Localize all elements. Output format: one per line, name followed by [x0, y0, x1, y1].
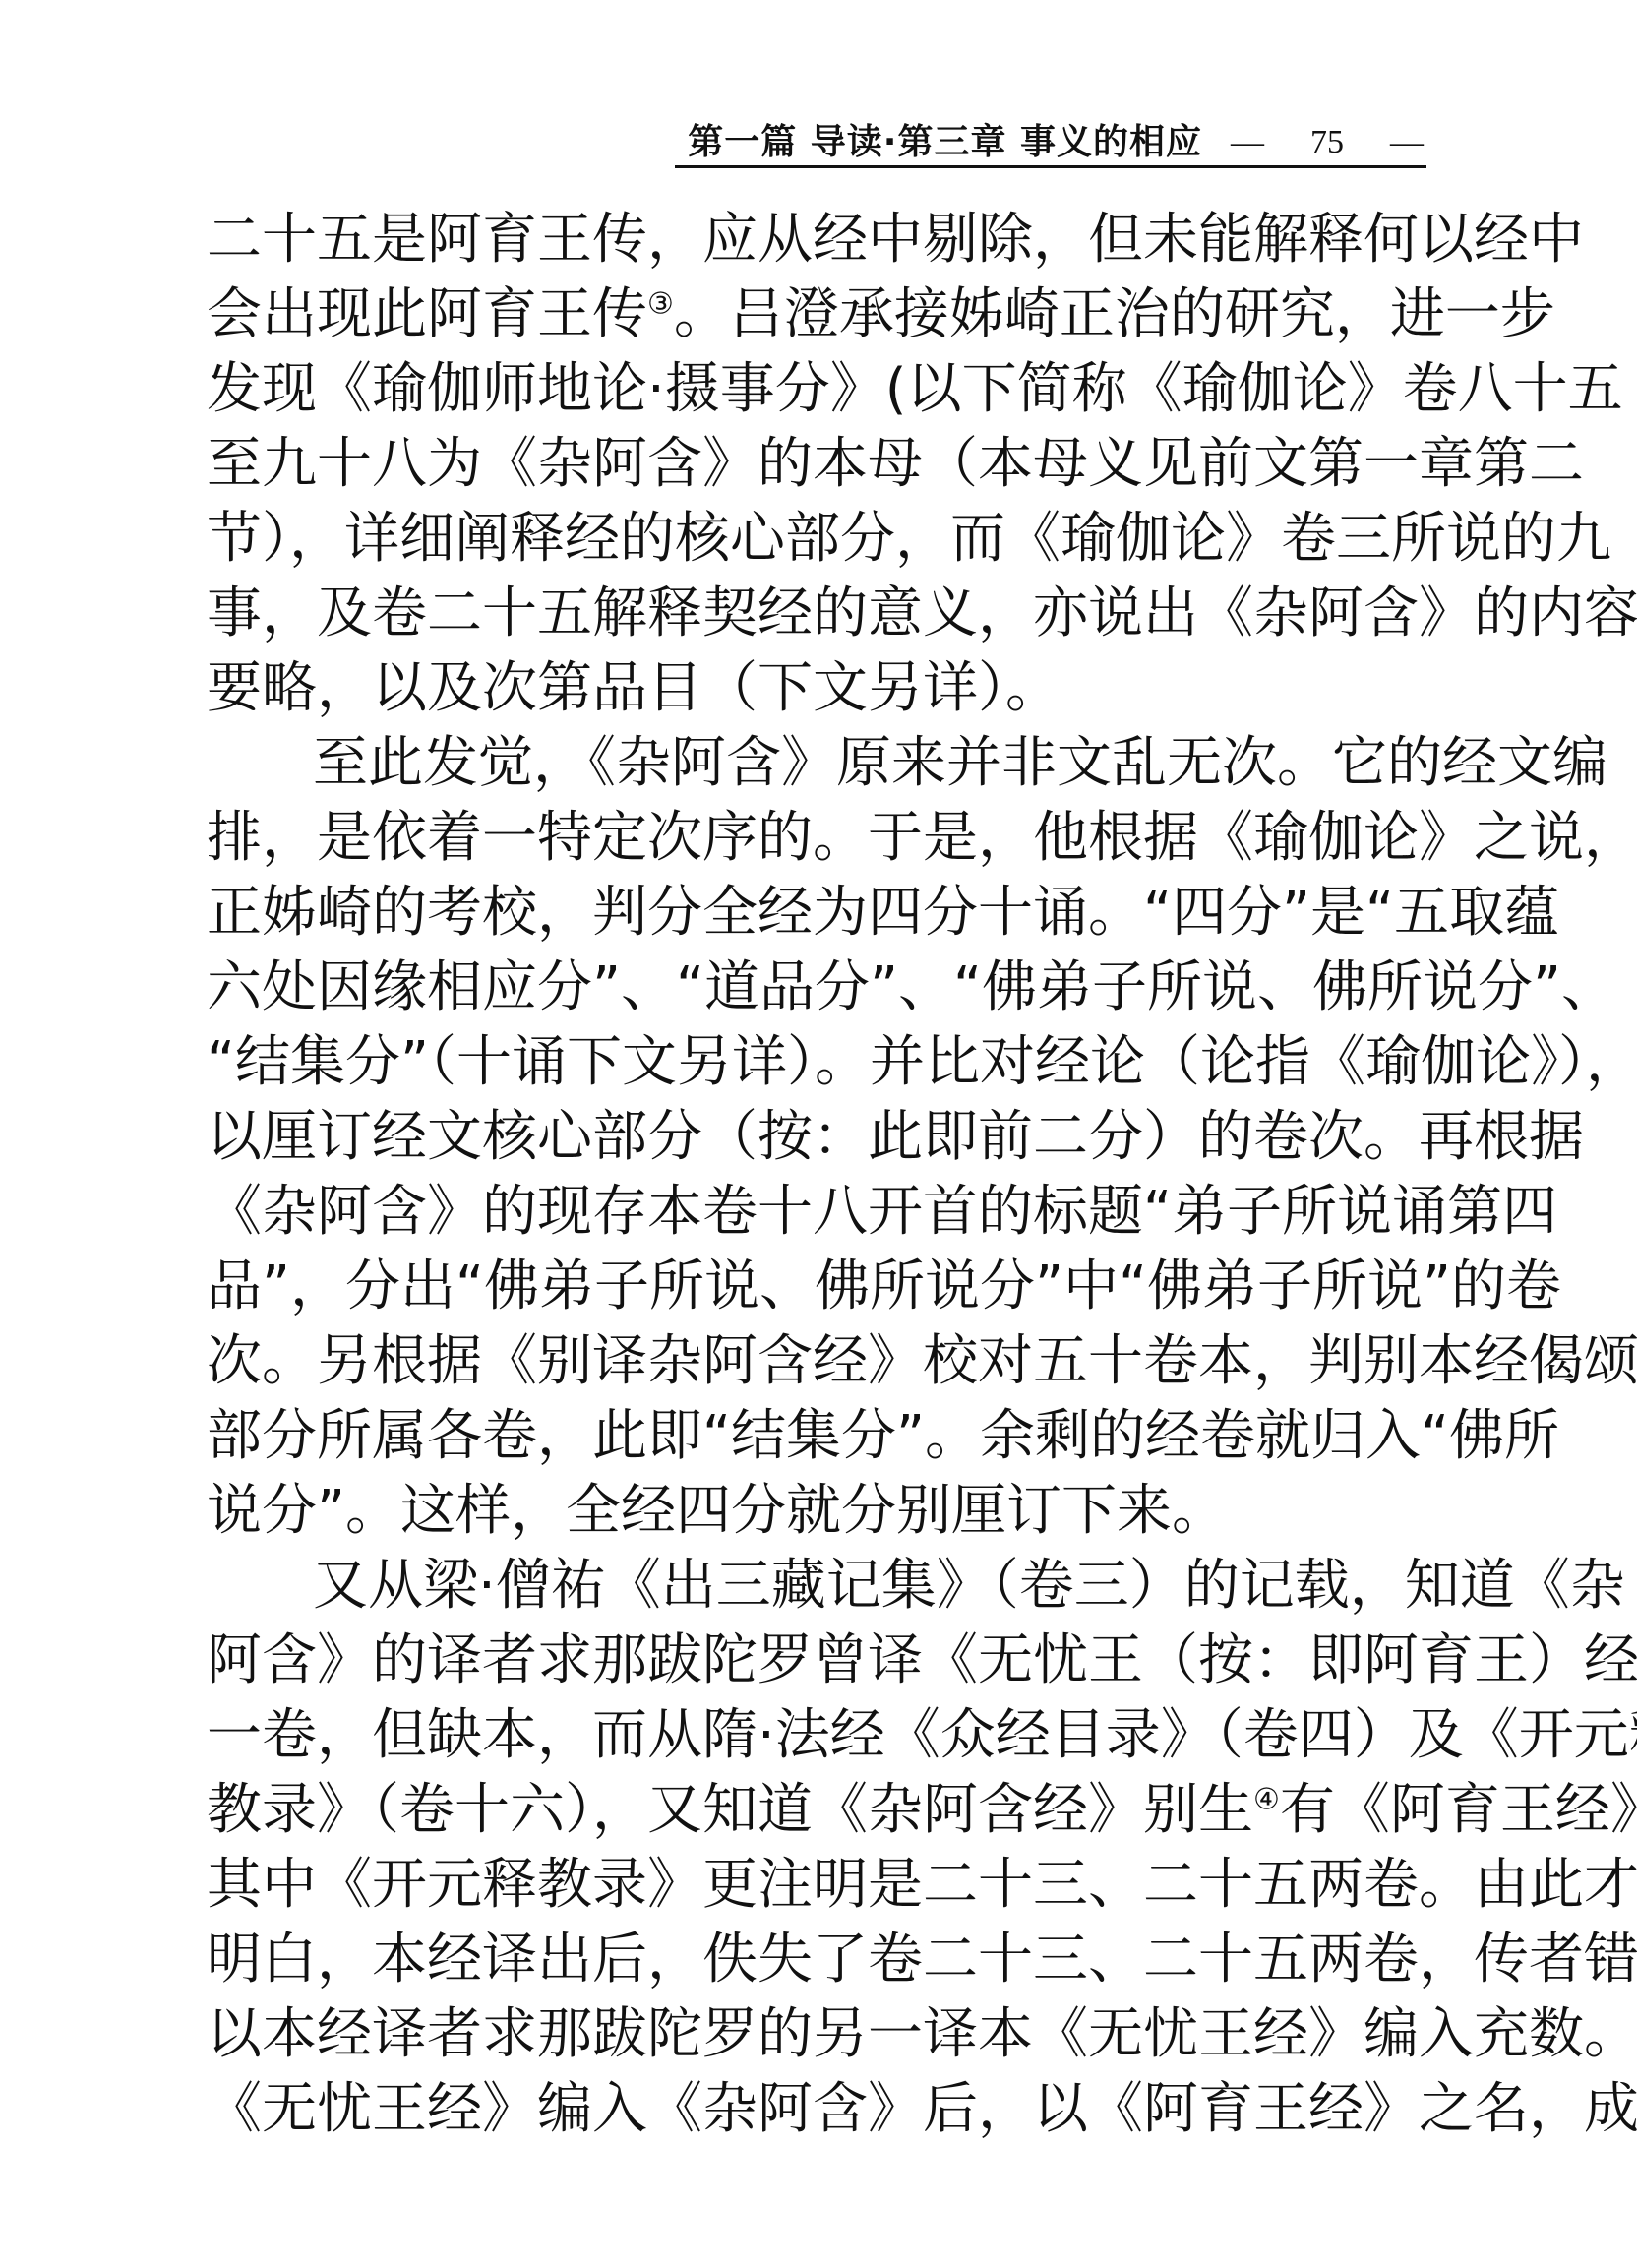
text-line: 《无忧王经》编入《杂阿含》后，以《阿育王经》之名，成为别	[207, 2072, 1426, 2147]
text-segment: 有《阿育王经》，	[1280, 1778, 1637, 1842]
text-line: 以厘订经文核心部分（按：此即前二分）的卷次。再根据	[207, 1100, 1426, 1175]
text-line: 《杂阿含》的现存本卷十八开首的标题“弟子所说诵第四	[207, 1175, 1426, 1250]
text-line: 其中《开元释教录》更注明是二十三、二十五两卷。由此才	[207, 1848, 1426, 1923]
paragraph-first-line: 又从梁·僧祐《出三藏记集》（卷三）的记载，知道《杂	[207, 1549, 1426, 1624]
text-segment: 教录》（卷十六），又知道《杂阿含经》别生	[207, 1778, 1253, 1842]
paragraph-first-line: 至此发觉，《杂阿含》原来并非文乱无次。它的经文编	[207, 726, 1426, 801]
text-segment: 。吕澄承接姊崎正治的研究，进一步	[674, 282, 1555, 346]
text-line: 发现《瑜伽师地论·摄事分》(以下简称《瑜伽论》卷八十五	[207, 352, 1426, 427]
text-line: 以本经译者求那跋陀罗的另一译本《无忧王经》编入充数。	[207, 1997, 1426, 2072]
text-line: 事，及卷二十五解释契经的意义，亦说出《杂阿含》的内容	[207, 577, 1426, 651]
text-line: 要略，以及次第品目（下文另详）。	[207, 651, 1426, 726]
footnote-marker[interactable]: ③	[647, 286, 674, 321]
page-number-value: 75	[1310, 120, 1344, 165]
page-number-dash-right: —	[1387, 120, 1426, 165]
text-line: 至九十八为《杂阿含》的本母（本母义见前文第一章第二	[207, 427, 1426, 502]
text-line: 教录》（卷十六），又知道《杂阿含经》别生④有《阿育王经》，	[207, 1773, 1426, 1848]
footnote-marker[interactable]: ④	[1253, 1782, 1280, 1816]
text-line: “结集分”（十诵下文另详）。并比对经论（论指《瑜伽论》），	[207, 1025, 1426, 1100]
text-line: 一卷，但缺本，而从隋·法经《众经目录》（卷四）及《开元释	[207, 1698, 1426, 1773]
text-line: 部分所属各卷，此即“结集分”。余剩的经卷就归入“佛所	[207, 1399, 1426, 1474]
text-line: 说分”。这样，全经四分就分别厘订下来。	[207, 1474, 1426, 1549]
body-text: 二十五是阿育王传，应从经中剔除，但未能解释何以经中会出现此阿育王传③。吕澄承接姊…	[207, 203, 1426, 2147]
text-line: 六处因缘相应分”、“道品分”、“佛弟子所说、佛所说分”、	[207, 950, 1426, 1025]
text-line: 次。另根据《别译杂阿含经》校对五十卷本，判别本经偈颂	[207, 1324, 1426, 1399]
text-line: 排，是依着一特定次序的。于是，他根据《瑜伽论》之说，修	[207, 801, 1426, 876]
text-line: 明白，本经译出后，佚失了卷二十三、二十五两卷，传者错	[207, 1923, 1426, 1997]
running-head: 第一篇 导读·第三章 事义的相应	[688, 120, 1202, 165]
text-line: 会出现此阿育王传③。吕澄承接姊崎正治的研究，进一步	[207, 277, 1426, 352]
page-header: 第一篇 导读·第三章 事义的相应 —75—	[675, 116, 1426, 168]
text-segment: 会出现此阿育王传	[207, 282, 647, 346]
text-line: 品”，分出“佛弟子所说、佛所说分”中“佛弟子所说”的卷	[207, 1250, 1426, 1324]
text-line: 阿含》的译者求那跋陀罗曾译《无忧王（按：即阿育王）经》	[207, 1624, 1426, 1698]
page-number: —75—	[1228, 120, 1426, 165]
text-line: 节），详细阐释经的核心部分，而《瑜伽论》卷三所说的九	[207, 502, 1426, 577]
text-line: 二十五是阿育王传，应从经中剔除，但未能解释何以经中	[207, 203, 1426, 277]
text-line: 正姊崎的考校，判分全经为四分十诵。“四分”是“五取蕴	[207, 876, 1426, 950]
page-number-dash-left: —	[1228, 120, 1267, 165]
